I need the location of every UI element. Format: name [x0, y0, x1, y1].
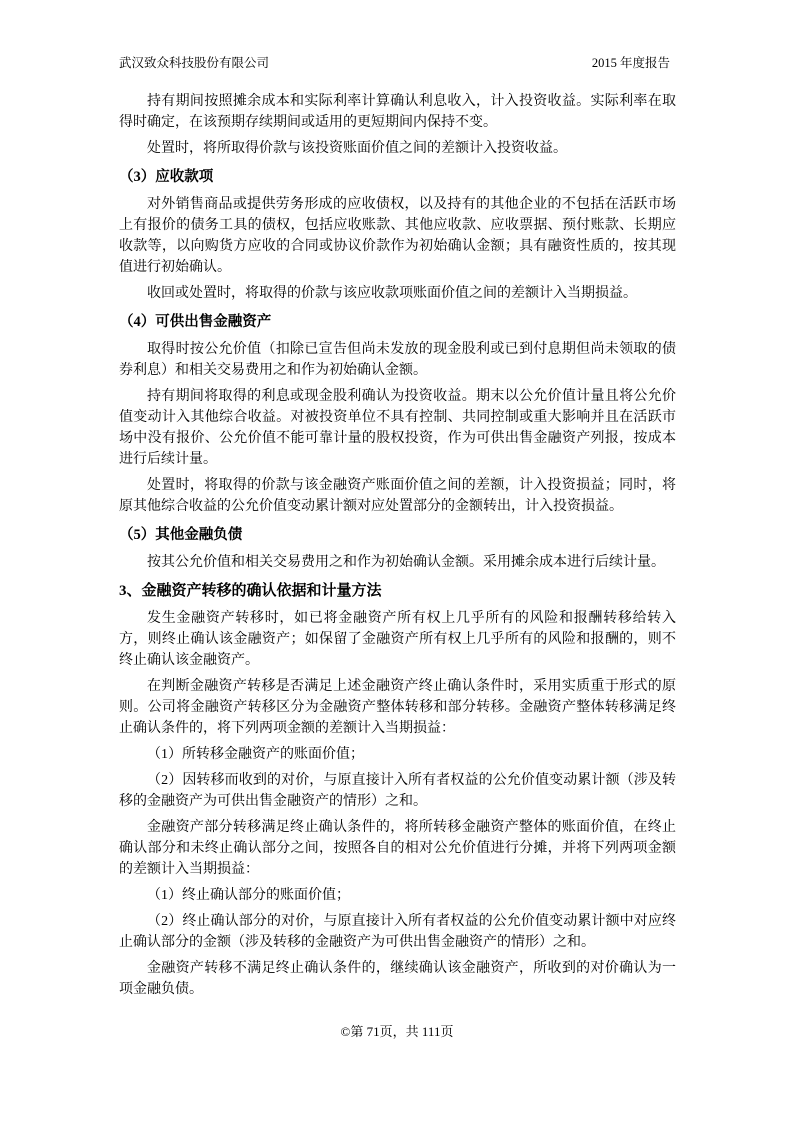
sub-section-heading: （4）可供出售金融资产	[119, 312, 676, 333]
document-body: 持有期间按照摊余成本和实际利率计算确认利息收入，计入投资收益。实际利率在取得时确…	[119, 86, 676, 1005]
paragraph: 处置时，将取得的价款与该金融资产账面价值之间的差额，计入投资损益；同时，将原其他…	[119, 475, 676, 517]
paragraph: 在判断金融资产转移是否满足上述金融资产终止确认条件时，采用实质重于形式的原则。公…	[119, 676, 676, 739]
page-number-footer: ©第 71页，共 111页	[0, 1023, 794, 1041]
paragraph: 持有期间按照摊余成本和实际利率计算确认利息收入，计入投资收益。实际利率在取得时确…	[119, 91, 676, 133]
paragraph: 收回或处置时，将取得的价款与该应收款项账面价值之间的差额计入当期损益。	[119, 283, 676, 304]
paragraph: 金融资产转移不满足终止确认条件的，继续确认该金融资产，所收到的对价确认为一项金融…	[119, 958, 676, 1000]
paragraph: 按其公允价值和相关交易费用之和作为初始确认金额。采用摊余成本进行后续计量。	[119, 552, 676, 573]
paragraph: （2）终止确认部分的对价，与原直接计入所有者权益的公允价值变动累计额中对应终止确…	[119, 911, 676, 953]
document-page: 武汉致众科技股份有限公司 2015 年度报告 持有期间按照摊余成本和实际利率计算…	[0, 0, 794, 1123]
page-header: 武汉致众科技股份有限公司 2015 年度报告	[119, 55, 670, 71]
paragraph: （1）所转移金融资产的账面价值；	[119, 744, 676, 765]
report-title: 2015 年度报告	[592, 55, 670, 71]
sub-section-heading: （3）应收款项	[119, 167, 676, 188]
sub-section-heading: （5）其他金融负债	[119, 525, 676, 546]
paragraph: 对外销售商品或提供劳务形成的应收债权，以及持有的其他企业的不包括在活跃市场上有报…	[119, 194, 676, 278]
company-name: 武汉致众科技股份有限公司	[119, 55, 269, 71]
paragraph: 金融资产部分转移满足终止确认条件的，将所转移金融资产整体的账面价值，在终止确认部…	[119, 817, 676, 880]
paragraph: 发生金融资产转移时，如已将金融资产所有权上几乎所有的风险和报酬转移给转入方，则终…	[119, 608, 676, 671]
paragraph: （2）因转移而收到的对价，与原直接计入所有者权益的公允价值变动累计额（涉及转移的…	[119, 770, 676, 812]
paragraph: （1）终止确认部分的账面价值；	[119, 885, 676, 906]
paragraph: 取得时按公允价值（扣除已宣告但尚未发放的现金股利或已到付息期但尚未领取的债券利息…	[119, 339, 676, 381]
paragraph: 处置时，将所取得价款与该投资账面价值之间的差额计入投资收益。	[119, 138, 676, 159]
paragraph: 持有期间将取得的利息或现金股利确认为投资收益。期末以公允价值计量且将公允价值变动…	[119, 386, 676, 470]
section-heading: 3、金融资产转移的确认依据和计量方法	[119, 581, 676, 602]
